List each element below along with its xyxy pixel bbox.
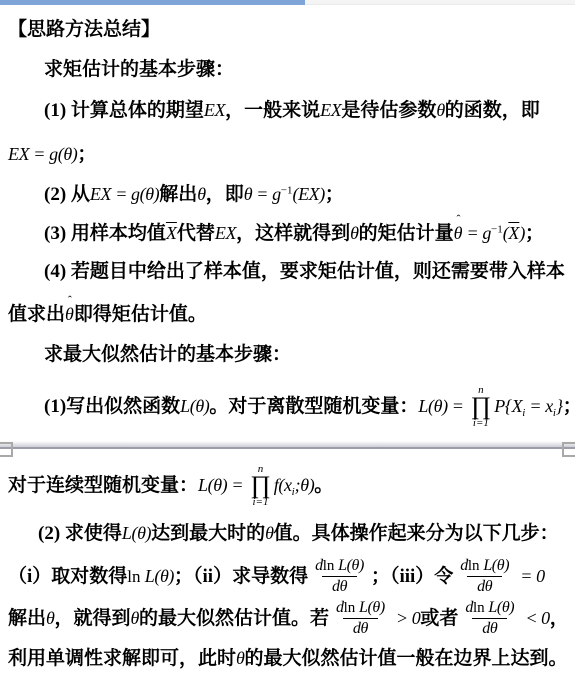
- m-run: = g: [462, 223, 491, 243]
- m-run: EX: [320, 100, 341, 120]
- text-run: ，: [550, 608, 569, 629]
- frac-run: dln L(θ)dθ: [312, 556, 367, 596]
- mle-step-2-solve: 解出θ，就得到θ的最大似然估计值。若dln L(θ)dθ > 0或者dln L(…: [8, 595, 569, 643]
- m-run: L(θ): [488, 599, 514, 616]
- sup-run: −1: [281, 185, 293, 197]
- text-run: ，一般来说: [225, 100, 320, 121]
- m-run: > 0: [392, 608, 421, 628]
- text-run: ；: [325, 184, 344, 205]
- m-run: = x: [525, 396, 553, 416]
- m-run: L(θ): [180, 396, 209, 416]
- mle-step-2-substeps: （i）取对数得ln L(θ)；（ii）求导数得dln L(θ)dθ；（iii）令…: [8, 553, 545, 601]
- m-run: θ: [350, 223, 358, 243]
- text-run: ，即: [206, 184, 244, 205]
- text-run: ；: [77, 144, 96, 165]
- text-run: ，这样就得到: [236, 223, 350, 244]
- text-run: ；（ii）求导数得: [174, 566, 308, 587]
- text-run: 或者: [420, 608, 458, 629]
- text-run: 解出: [8, 608, 46, 629]
- r-run: ln: [323, 558, 338, 574]
- m-run: L(θ): [145, 566, 174, 586]
- text-run: (2) 求使得: [38, 523, 122, 544]
- ov-run: X: [508, 223, 519, 243]
- m-run: EX: [204, 100, 225, 120]
- mle-steps-title: 求最大似然估计的基本步骤：: [44, 341, 291, 370]
- m-run: θ: [436, 100, 444, 120]
- text-run: 。: [314, 475, 333, 496]
- mle-step-2-monotonic-note: 利用单调性求解即可，此时θ的最大似然估计值一般在边界上达到。: [8, 644, 567, 674]
- text-run: 的函数，即: [445, 100, 540, 121]
- text-run: 是待估参数: [341, 100, 436, 121]
- frac-run: dln L(θ)dθ: [333, 598, 388, 638]
- top-scroll-indicator-track: [305, 0, 575, 5]
- text-run: 的最大似然估计值。若: [139, 608, 329, 629]
- m-run: L(θ): [483, 557, 509, 574]
- r-run: ln: [127, 567, 144, 586]
- text-run: (4) 若题目中给出了样本值，要求矩估计值，则还需要带入样本: [44, 261, 565, 282]
- m-run: EX = g(θ): [90, 184, 159, 204]
- m-run: = 0: [516, 566, 545, 586]
- text-run: 求矩估计的基本步骤：: [44, 59, 234, 80]
- m-run: dθ: [353, 620, 368, 637]
- ov-run: X: [166, 223, 177, 243]
- moment-step-1: (1) 计算总体的期望EX，一般来说EX是待估参数θ的函数，即: [44, 96, 540, 126]
- r-run: ln: [344, 600, 359, 616]
- m-run: EX = g(θ): [8, 144, 77, 164]
- text-run: 的最大似然估计值一般在边界上达到。: [244, 648, 567, 669]
- text-run: 利用单调性求解即可，此时: [8, 648, 236, 669]
- mle-step-1-discrete: (1)写出似然函数L(θ)。对于离散型随机变量：L(θ) = n∏i=1P{Xi…: [44, 383, 575, 431]
- m-run: f(x: [274, 475, 292, 495]
- m-run: θ: [130, 608, 138, 628]
- prod-run: n∏i=1: [471, 385, 492, 428]
- r-run: ln: [473, 600, 488, 616]
- m-run: }: [556, 396, 563, 416]
- m-run: θ: [197, 184, 205, 204]
- summary-heading: 【思路方法总结】: [8, 16, 160, 45]
- hat-run: ˆθ: [65, 300, 74, 328]
- m-run: ;θ): [295, 475, 315, 495]
- moment-steps-title: 求矩估计的基本步骤：: [44, 56, 234, 85]
- text-run: (1) 计算总体的期望: [44, 100, 204, 121]
- document-page: 【思路方法总结】 求矩估计的基本步骤： (1) 计算总体的期望EX，一般来说EX…: [0, 0, 575, 686]
- frac-run: dln L(θ)dθ: [462, 598, 517, 638]
- hat-run: ˆθ: [454, 219, 463, 247]
- text-run: 值求出: [8, 304, 65, 325]
- text-run: (2) 从: [44, 184, 90, 205]
- m-run: d: [315, 557, 323, 574]
- moment-step-1-equation: EX = g(θ)；: [8, 140, 96, 170]
- frac-run: dln L(θ)dθ: [457, 556, 512, 596]
- text-run: ；（iii）令: [371, 566, 453, 587]
- moment-step-2: (2) 从EX = g(θ)解出θ，即θ = g−1(EX)；: [44, 180, 344, 210]
- m-run: θ: [265, 523, 273, 543]
- sup-run: −1: [491, 224, 503, 236]
- moment-step-4: (4) 若题目中给出了样本值，要求矩估计值，则还需要带入样本: [44, 258, 565, 287]
- moment-step-3: (3) 用样本均值X代替EX，这样就得到θ的矩估计量ˆθ = g−1(X)；: [44, 219, 544, 249]
- text-run: 达到最大时的: [151, 523, 265, 544]
- text-run: 即得矩估计值。: [74, 304, 207, 325]
- text-run: （i）取对数得: [8, 566, 127, 587]
- m-run: < 0: [521, 608, 550, 628]
- m-run: d: [460, 557, 468, 574]
- page-break-left-bracket-icon: [0, 442, 13, 457]
- moment-step-4-continued: 值求出ˆθ即得矩估计值。: [8, 300, 207, 330]
- m-run: L(θ): [359, 599, 385, 616]
- m-run: dθ: [477, 578, 492, 595]
- top-scroll-indicator-thumb: [0, 0, 305, 5]
- m-run: θ = g: [244, 184, 281, 204]
- m-run: EX: [215, 223, 236, 243]
- text-run: (3) 用样本均值: [44, 223, 166, 244]
- text-run: 对于连续型随机变量：: [8, 475, 198, 496]
- page-break-divider[interactable]: [0, 441, 575, 456]
- text-run: 。对于离散型随机变量：: [209, 396, 418, 417]
- m-run: L(θ): [338, 557, 364, 574]
- text-run: 代替: [177, 223, 215, 244]
- text-run: 值。具体操作起来分为以下几步：: [274, 523, 559, 544]
- page-break-line: [0, 447, 575, 449]
- text-run: 【思路方法总结】: [8, 19, 160, 40]
- text-run: 求最大似然估计的基本步骤：: [44, 344, 291, 365]
- m-run: L(θ) =: [198, 475, 247, 495]
- m-run: L(θ) =: [418, 396, 467, 416]
- m-run: dθ: [332, 578, 347, 595]
- m-run: (EX): [292, 184, 324, 204]
- text-run: (1)写出似然函数: [44, 396, 180, 417]
- m-run: d: [465, 599, 473, 616]
- mle-step-2: (2) 求使得L(θ)达到最大时的θ值。具体操作起来分为以下几步：: [38, 519, 559, 549]
- r-run: ln: [468, 558, 483, 574]
- m-run: L(θ): [122, 523, 151, 543]
- m-run: dθ: [482, 620, 497, 637]
- m-run: d: [336, 599, 344, 616]
- page-break-right-bracket-icon: [562, 442, 575, 457]
- text-run: ；: [525, 223, 544, 244]
- text-run: ，就得到: [54, 608, 130, 629]
- mle-step-1-continuous: 对于连续型随机变量：L(θ) = n∏i=1f(xi;θ)。: [8, 462, 333, 510]
- text-run: ；: [563, 396, 575, 417]
- m-run: P{X: [494, 396, 522, 416]
- prod-run: n∏i=1: [250, 464, 271, 507]
- text-run: 的矩估计量: [359, 223, 454, 244]
- text-run: 解出: [159, 184, 197, 205]
